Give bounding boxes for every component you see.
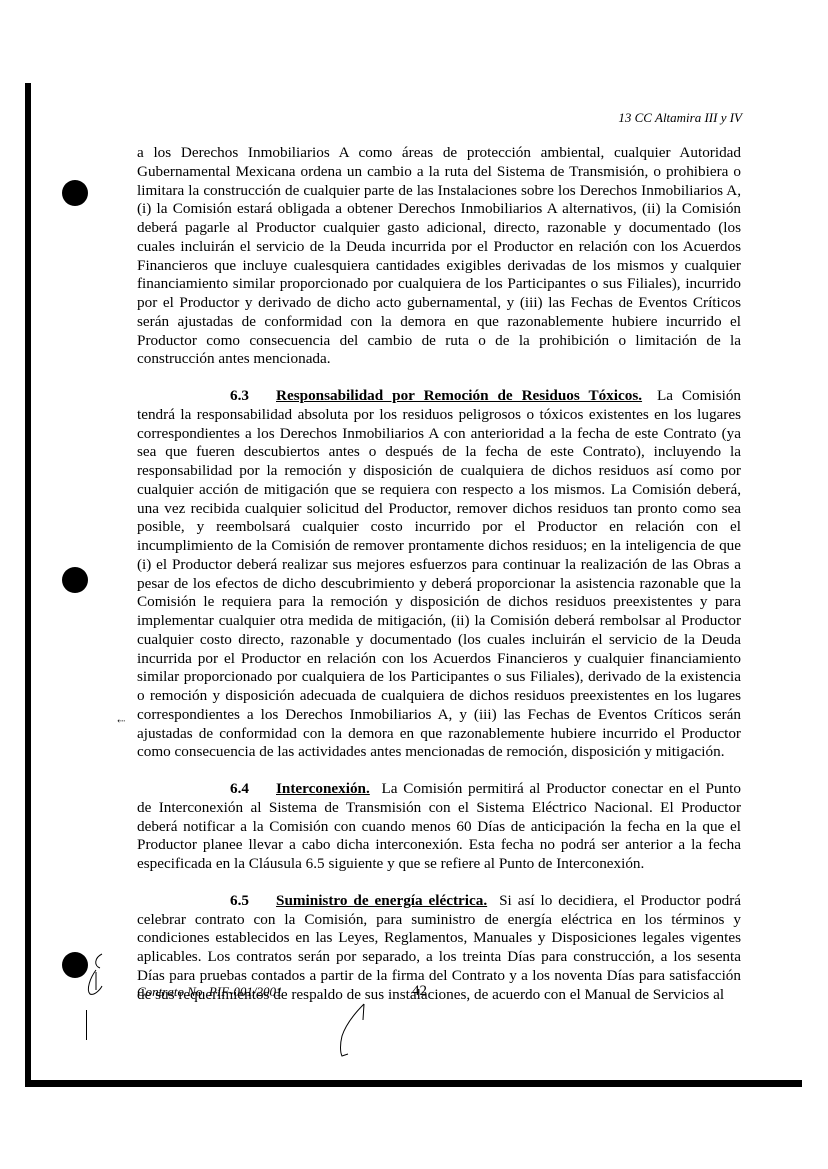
initials-mark-icon [80,950,108,1000]
section-title: Suministro de energía eléctrica. [276,892,487,909]
section-title: Interconexión. [276,780,370,797]
footer-contract-number: Contrato No. PIF-001/2001 [137,984,283,1000]
paragraph-continuation: a los Derechos Inmobiliarios A como área… [137,144,741,369]
section-title: Responsabilidad por Remoción de Residuos… [276,387,642,404]
margin-mark-icon: ⇠ [117,716,125,727]
scan-border-left [25,83,31,1087]
footer-page-number: 42 [412,983,427,1000]
page-header: 13 CC Altamira III y IV [618,110,742,126]
section-6-4: 6.4Interconexión. La Comisión permitirá … [137,780,741,874]
punch-hole-middle [62,567,88,593]
document-body: a los Derechos Inmobiliarios A como área… [137,144,741,1004]
punch-hole-top [62,180,88,206]
section-text: La Comisión permitirá al Productor conec… [137,780,741,872]
margin-line [86,1010,87,1040]
section-text: La Comisión tendrá la responsabilidad ab… [137,387,741,760]
paragraph-text: a los Derechos Inmobiliarios A como área… [137,144,741,367]
section-number: 6.3 [230,387,276,406]
scan-border-bottom [25,1080,802,1087]
section-number: 6.5 [230,892,276,911]
section-6-3: 6.3Responsabilidad por Remoción de Resid… [137,387,741,762]
section-number: 6.4 [230,780,276,799]
signature-mark-icon [330,1000,370,1062]
